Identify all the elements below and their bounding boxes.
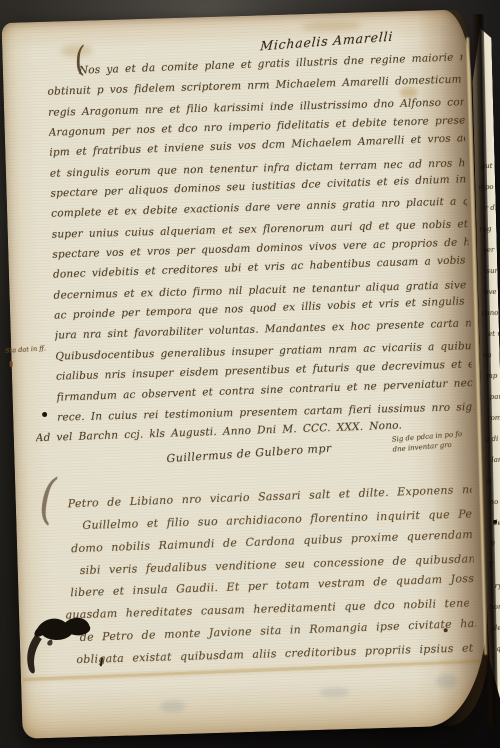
manuscript-photo: gutmpor dhorogversuntuvecanoet nnumppamr… [0,0,500,748]
notary-signature: Guillermus de Gulbero mpr [166,442,332,466]
text-block-first-entry: Nos ya et da comite plane et gratis illu… [47,49,474,448]
text-block-second-entry: Petro de Libiano nro vicario Sassari sal… [67,481,476,671]
stain [302,20,362,32]
stain [160,700,186,713]
edge-nick [10,361,13,367]
ink-blot [23,604,100,678]
manuscript-page: Michaelis Amarelli ( Nos ya et da comite… [1,9,490,739]
ink-dot [42,412,47,417]
stain [319,687,349,698]
margin-note: Sta dat in ff. [5,344,46,355]
stain [435,674,457,689]
paraph-mark: ( [38,466,57,531]
